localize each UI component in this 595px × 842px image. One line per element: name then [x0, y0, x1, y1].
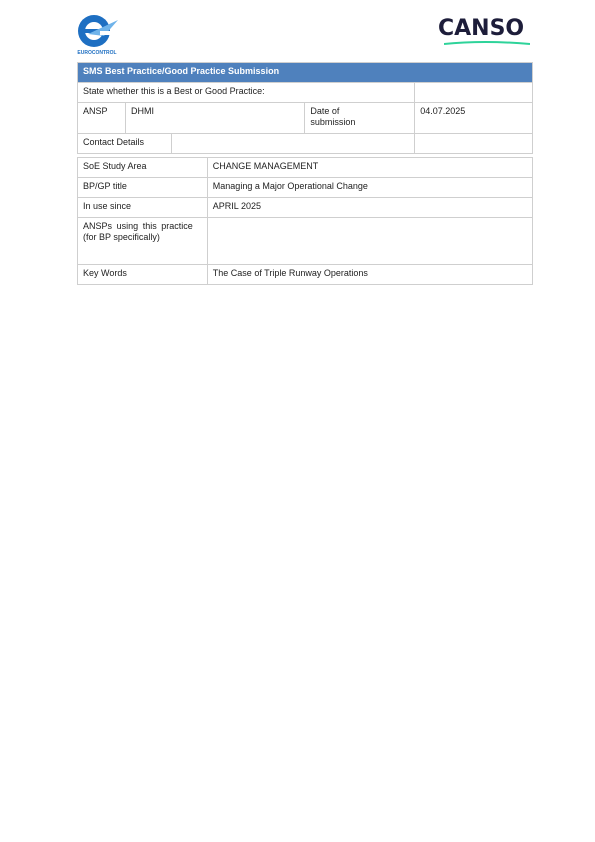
- canso-wordmark: CANSO: [438, 16, 524, 41]
- practice-type-row: State whether this is a Best or Good Pra…: [78, 83, 533, 103]
- keywords-value[interactable]: The Case of Triple Runway Operations: [207, 265, 532, 285]
- in-use-label: In use since: [78, 198, 208, 218]
- title-label: BP/GP title: [78, 178, 208, 198]
- table-row: ANSPs using this practice (for BP specif…: [78, 218, 533, 265]
- ansps-using-value[interactable]: [207, 218, 532, 265]
- table-row: Key Words The Case of Triple Runway Oper…: [78, 265, 533, 285]
- ansps-using-label: ANSPs using this practice (for BP specif…: [78, 218, 208, 265]
- canso-swoosh-icon: [444, 40, 530, 46]
- keywords-label: Key Words: [78, 265, 208, 285]
- table-row: SoE Study Area CHANGE MANAGEMENT: [78, 158, 533, 178]
- details-table: SoE Study Area CHANGE MANAGEMENT BP/GP t…: [77, 157, 533, 285]
- svg-text:EUROCONTROL: EUROCONTROL: [77, 50, 116, 56]
- soe-area-label: SoE Study Area: [78, 158, 208, 178]
- date-label-word1: Date of: [310, 106, 339, 117]
- contact-row: Contact Details: [78, 134, 533, 154]
- ansp-date-row: ANSP DHMI Date of submission 04.07.2025: [78, 103, 533, 134]
- practice-type-value[interactable]: [415, 83, 533, 103]
- ansp-label: ANSP: [78, 103, 126, 134]
- date-value[interactable]: 04.07.2025: [415, 103, 533, 134]
- date-label-word2: submission: [310, 117, 404, 128]
- submission-form-table: SMS Best Practice/Good Practice Submissi…: [77, 62, 533, 154]
- eurocontrol-logo: EUROCONTROL: [74, 12, 120, 56]
- in-use-value[interactable]: APRIL 2025: [207, 198, 532, 218]
- contact-label: Contact Details: [78, 134, 172, 154]
- soe-area-value[interactable]: CHANGE MANAGEMENT: [207, 158, 532, 178]
- contact-value-1[interactable]: [171, 134, 414, 154]
- practice-type-label: State whether this is a Best or Good Pra…: [78, 83, 415, 103]
- contact-value-2[interactable]: [415, 134, 533, 154]
- title-value[interactable]: Managing a Major Operational Change: [207, 178, 532, 198]
- form-header: SMS Best Practice/Good Practice Submissi…: [78, 63, 533, 83]
- date-label: Date of submission: [305, 103, 415, 134]
- canso-logo: CANSO: [438, 16, 532, 48]
- eurocontrol-emblem-icon: EUROCONTROL: [74, 12, 120, 56]
- form-header-row: SMS Best Practice/Good Practice Submissi…: [78, 63, 533, 83]
- table-row: In use since APRIL 2025: [78, 198, 533, 218]
- table-row: BP/GP title Managing a Major Operational…: [78, 178, 533, 198]
- ansp-value[interactable]: DHMI: [125, 103, 304, 134]
